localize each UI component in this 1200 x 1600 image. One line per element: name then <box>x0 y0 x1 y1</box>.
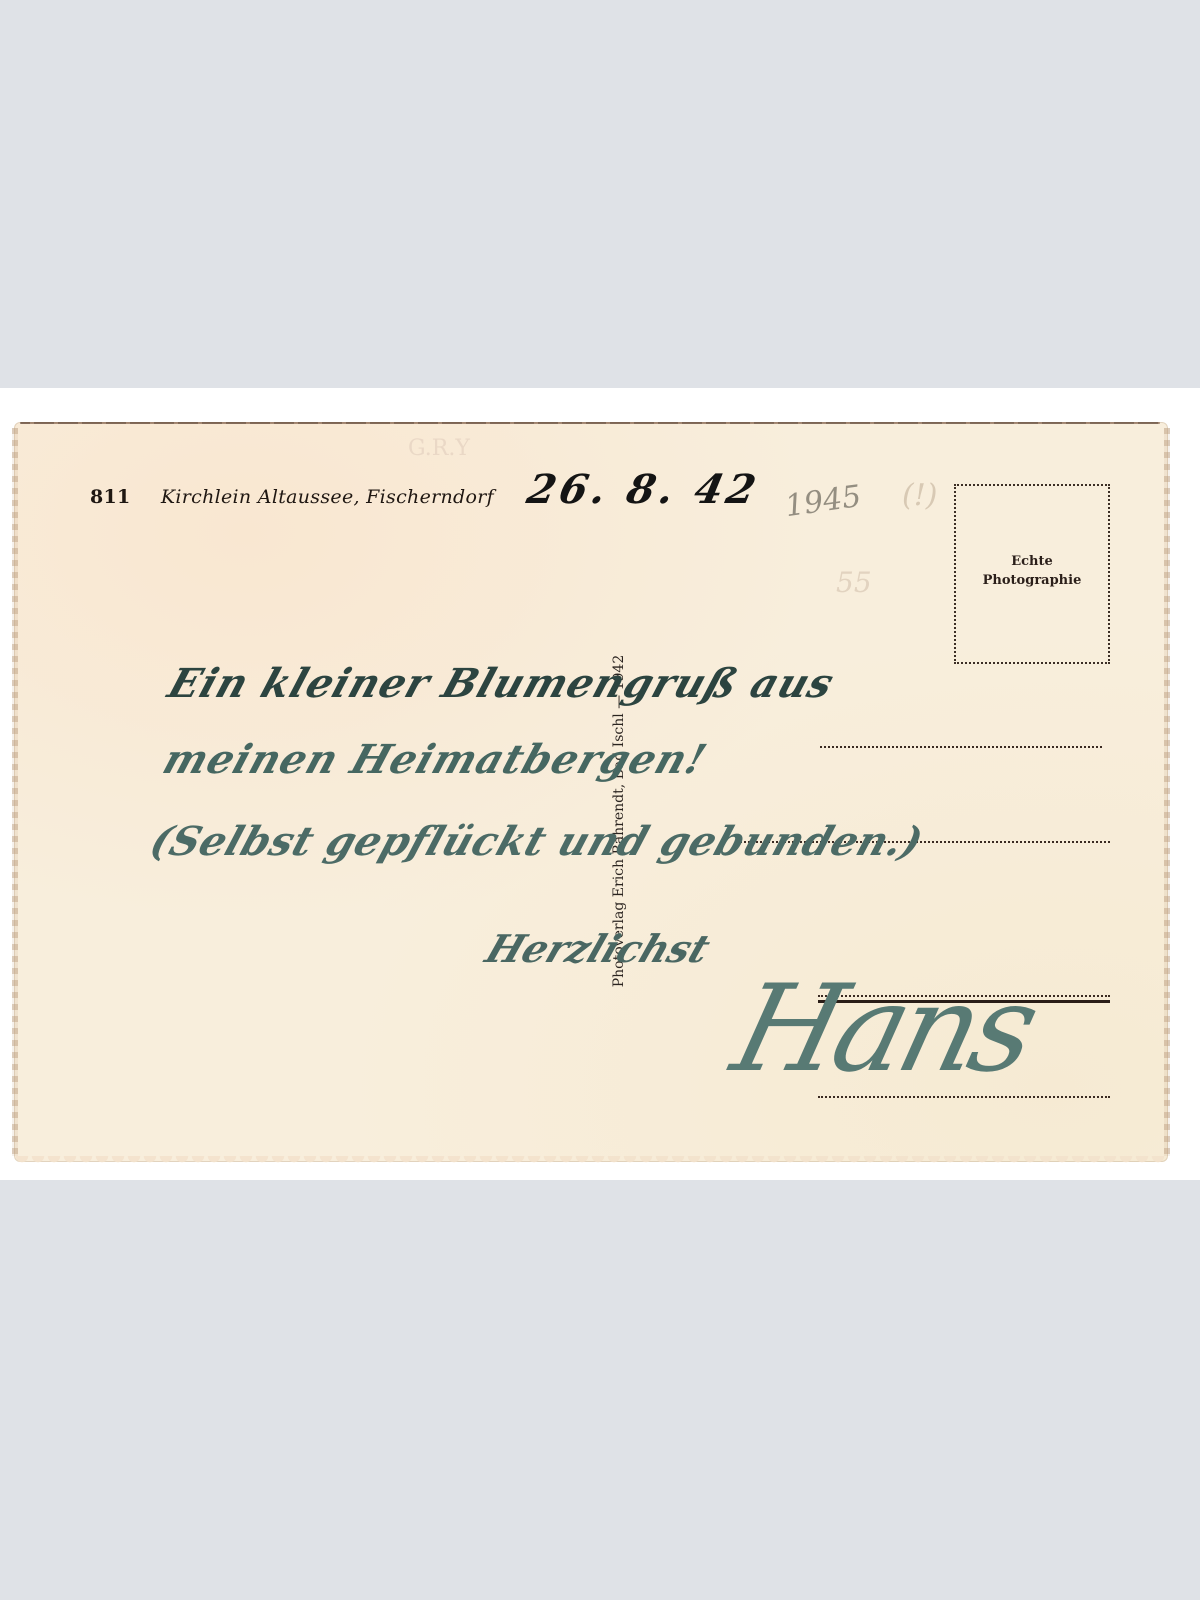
deckled-edge-top <box>20 422 1160 424</box>
stamp-box: Echte Photographie <box>954 484 1110 664</box>
faint-top-mark: G.R.Y <box>408 436 470 461</box>
message-line-3: (Selbst gepflückt und gebunden.) <box>144 818 929 865</box>
deckled-edge-left <box>12 428 18 1156</box>
message-line-2: meinen Heimatbergen! <box>157 736 712 783</box>
message-line-1: Ein kleiner Blumengruß aus <box>162 660 840 707</box>
caption-number: 811 <box>90 486 131 508</box>
message-closing: Herzlichst <box>480 926 717 971</box>
stamp-line-1: Echte <box>956 552 1108 571</box>
pencil-faint-note-below: 55 <box>836 566 872 599</box>
pencil-faint-note: (!) <box>902 478 937 513</box>
stamp-box-text: Echte Photographie <box>956 552 1108 590</box>
printed-caption: 811 Kirchlein Altaussee, Fischerndorf <box>90 486 494 508</box>
signature: Hans <box>721 960 1047 1099</box>
address-line-1 <box>820 746 1102 748</box>
deckled-edge-bottom <box>14 1156 1168 1166</box>
caption-title: Kirchlein Altaussee, Fischerndorf <box>161 486 494 508</box>
stamp-line-2: Photographie <box>956 571 1108 590</box>
deckled-edge-right <box>1164 428 1170 1156</box>
handwritten-date: 26. 8. 42 <box>523 466 764 513</box>
